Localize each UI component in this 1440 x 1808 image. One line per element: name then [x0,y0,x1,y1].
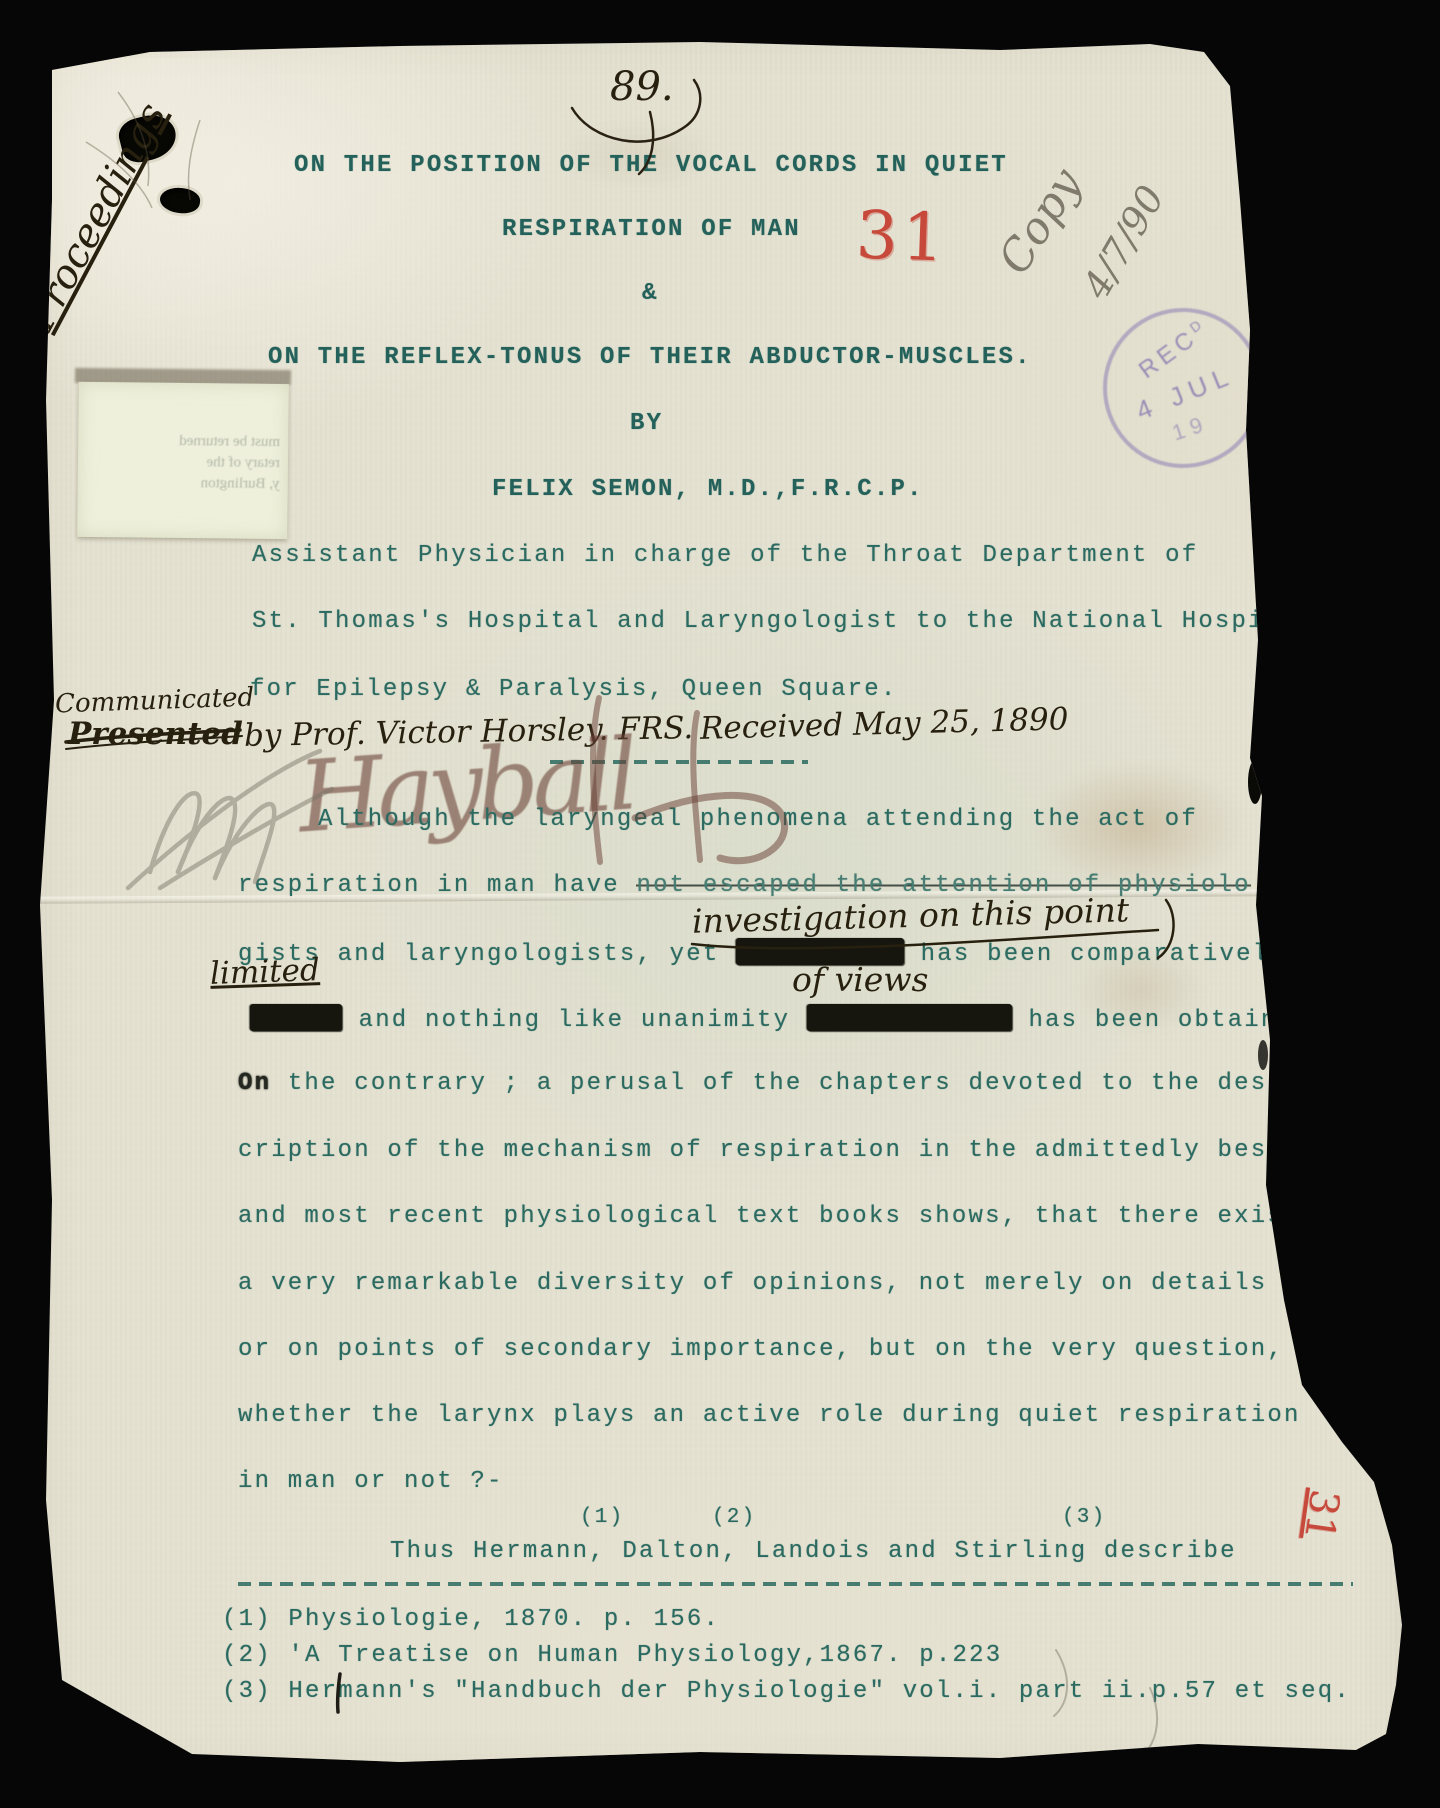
body-line: in man or not ?- [238,1468,504,1495]
stamp-year: 19 [1169,410,1212,446]
body-text: has been comparatively [904,941,1286,968]
red-catalog-number-side: 31 [1295,1487,1348,1544]
insert-annotation-of-views: of views [792,960,928,999]
copy-date-annotation: 4/7/90 [1074,178,1173,306]
hayball-scrawl: Hayball [294,718,635,855]
note-ghost-text: must be returned retary of the y, Burlin… [179,431,280,495]
body-line: Although the laryngeal phenomena attendi… [318,806,1198,833]
typed-byline-by: BY [630,410,663,437]
footnote-1: (1) Physiologie, 1870. p. 156. [222,1606,720,1633]
received-annotation: Received May 25, 1890 [700,701,1069,747]
inked-overwrite: On [238,1070,271,1097]
body-line: and most recent physiological text books… [238,1203,1317,1230]
insert-annotation-lo: lo [1258,846,1285,880]
paper-sheet: 89. Proceedings Copy 4/7/90 31 RECD 4 JU… [0,0,1440,1808]
body-text: has been obtained. [1012,1007,1327,1034]
presented-annotation: Presented [68,716,243,752]
affiliation-line-1: Assistant Physician in charge of the Thr… [252,542,1198,569]
edge-tear [1258,1040,1268,1070]
typed-title-line-2: RESPIRATION OF MAN [502,216,801,243]
scanned-document-page: 89. Proceedings Copy 4/7/90 31 RECD 4 JU… [0,0,1440,1808]
sticky-note: must be returned retary of the y, Burlin… [77,382,289,539]
body-line: a very remarkable diversity of opinions,… [238,1270,1267,1297]
footnote-3: (3) Hermann's "Handbuch der Physiologie"… [222,1678,1351,1705]
body-text: respiration in man have [238,872,636,899]
body-text: the contrary ; a perusal of the chapters… [271,1070,1284,1097]
typed-author-line: FELIX SEMON, M.D.,F.R.C.P. [492,476,924,503]
typed-title-line-3: ON THE REFLEX-TONUS OF THEIR ABDUCTOR-MU… [268,344,1032,371]
superscript-ref-3: (3) [1062,1506,1106,1529]
edge-tear [1248,760,1262,804]
body-line: and nothing like unanimity has been obta… [250,1004,1327,1034]
body-line: On the contrary ; a perusal of the chapt… [238,1070,1284,1097]
blackout-redaction [807,1004,1012,1031]
blackout-redaction [250,1004,342,1031]
body-line: cription of the mechanism of respiration… [238,1137,1284,1164]
body-line: or on points of secondary importance, bu… [238,1336,1284,1363]
red-catalog-number: 31 [855,196,950,276]
long-dashed-rule [238,1582,1353,1586]
body-line: gists and laryngologists, yet has been c… [238,938,1286,968]
superscript-ref-2: (2) [712,1506,756,1529]
page-number-annotation: 89. [610,64,674,110]
body-text: and nothing like unanimity [342,1007,807,1034]
body-line: whether the larynx plays an active role … [238,1402,1301,1429]
communicated-annotation: Communicated [55,683,255,720]
superscript-ref-1: (1) [580,1506,624,1529]
affiliation-line-2: St. Thomas's Hospital and Laryngologist … [252,608,1315,635]
footnote-2: (2) 'A Treatise on Human Physiology,1867… [222,1642,1002,1669]
margin-annotation-limited: limited [209,952,320,992]
body-line: Thus Hermann, Dalton, Landois and Stirli… [390,1538,1237,1565]
typed-title-ampersand: & [642,280,659,307]
receipt-stamp: RECD 4 JUL 19 [1090,295,1275,480]
typed-title-line-1: ON THE POSITION OF THE VOCAL CORDS IN QU… [294,152,1008,179]
affiliation-line-3: for Epilepsy & Paralysis, Queen Square. [250,676,898,703]
